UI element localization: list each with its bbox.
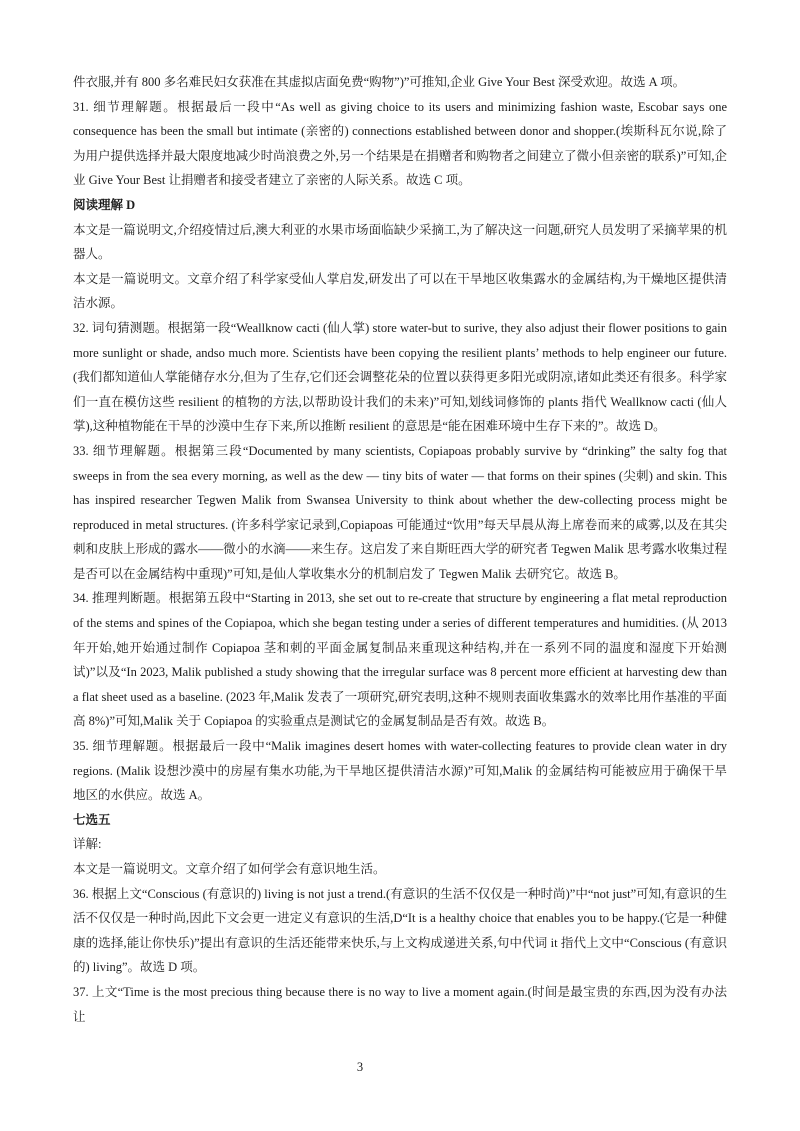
paragraph-q35-explanation: 35. 细节理解题。根据最后一段中“Malik imagines desert …	[73, 734, 727, 808]
heading-seven-choose-five: 七选五	[73, 808, 727, 833]
paragraph-prev-answer-continuation: 件衣服,并有 800 多名难民妇女获准在其虚拟店面免费“购物”)”可推知,企业 …	[73, 70, 727, 95]
heading-reading-comprehension-d: 阅读理解 D	[73, 193, 727, 218]
paragraph-q32-explanation: 32. 词句猜测题。根据第一段“Weallknow cacti (仙人掌) st…	[73, 316, 727, 439]
paragraph-q34-explanation: 34. 推理判断题。根据第五段中“Starting in 2013, she s…	[73, 586, 727, 734]
document-content: 件衣服,并有 800 多名难民妇女获准在其虚拟店面免费“购物”)”可推知,企业 …	[73, 70, 727, 1029]
paragraph-q36-explanation: 36. 根据上文“Conscious (有意识的) living is not …	[73, 882, 727, 980]
paragraph-q31-explanation: 31. 细节理解题。根据最后一段中“As well as giving choi…	[73, 95, 727, 193]
paragraph-passage-summary-conscious-living: 本文是一篇说明文。文章介绍了如何学会有意识地生活。	[73, 857, 727, 882]
page-footer: 3	[350, 1060, 370, 1075]
answer-key-document-page: 件衣服,并有 800 多名难民妇女获准在其虚拟店面免费“购物”)”可推知,企业 …	[0, 0, 800, 1131]
paragraph-passage-summary-apple-robot: 本文是一篇说明文,介绍疫情过后,澳大利亚的水果市场面临缺少采摘工,为了解决这一问…	[73, 218, 727, 267]
page-number: 3	[357, 1060, 363, 1074]
paragraph-passage-summary-cactus-structure: 本文是一篇说明文。文章介绍了科学家受仙人掌启发,研发出了可以在干旱地区收集露水的…	[73, 267, 727, 316]
paragraph-q37-explanation-clipped: 37. 上文“Time is the most precious thing b…	[73, 980, 727, 1029]
paragraph-q33-explanation: 33. 细节理解题。根据第三段“Documented by many scien…	[73, 439, 727, 587]
paragraph-detailed-explanation-label: 详解:	[73, 832, 727, 857]
